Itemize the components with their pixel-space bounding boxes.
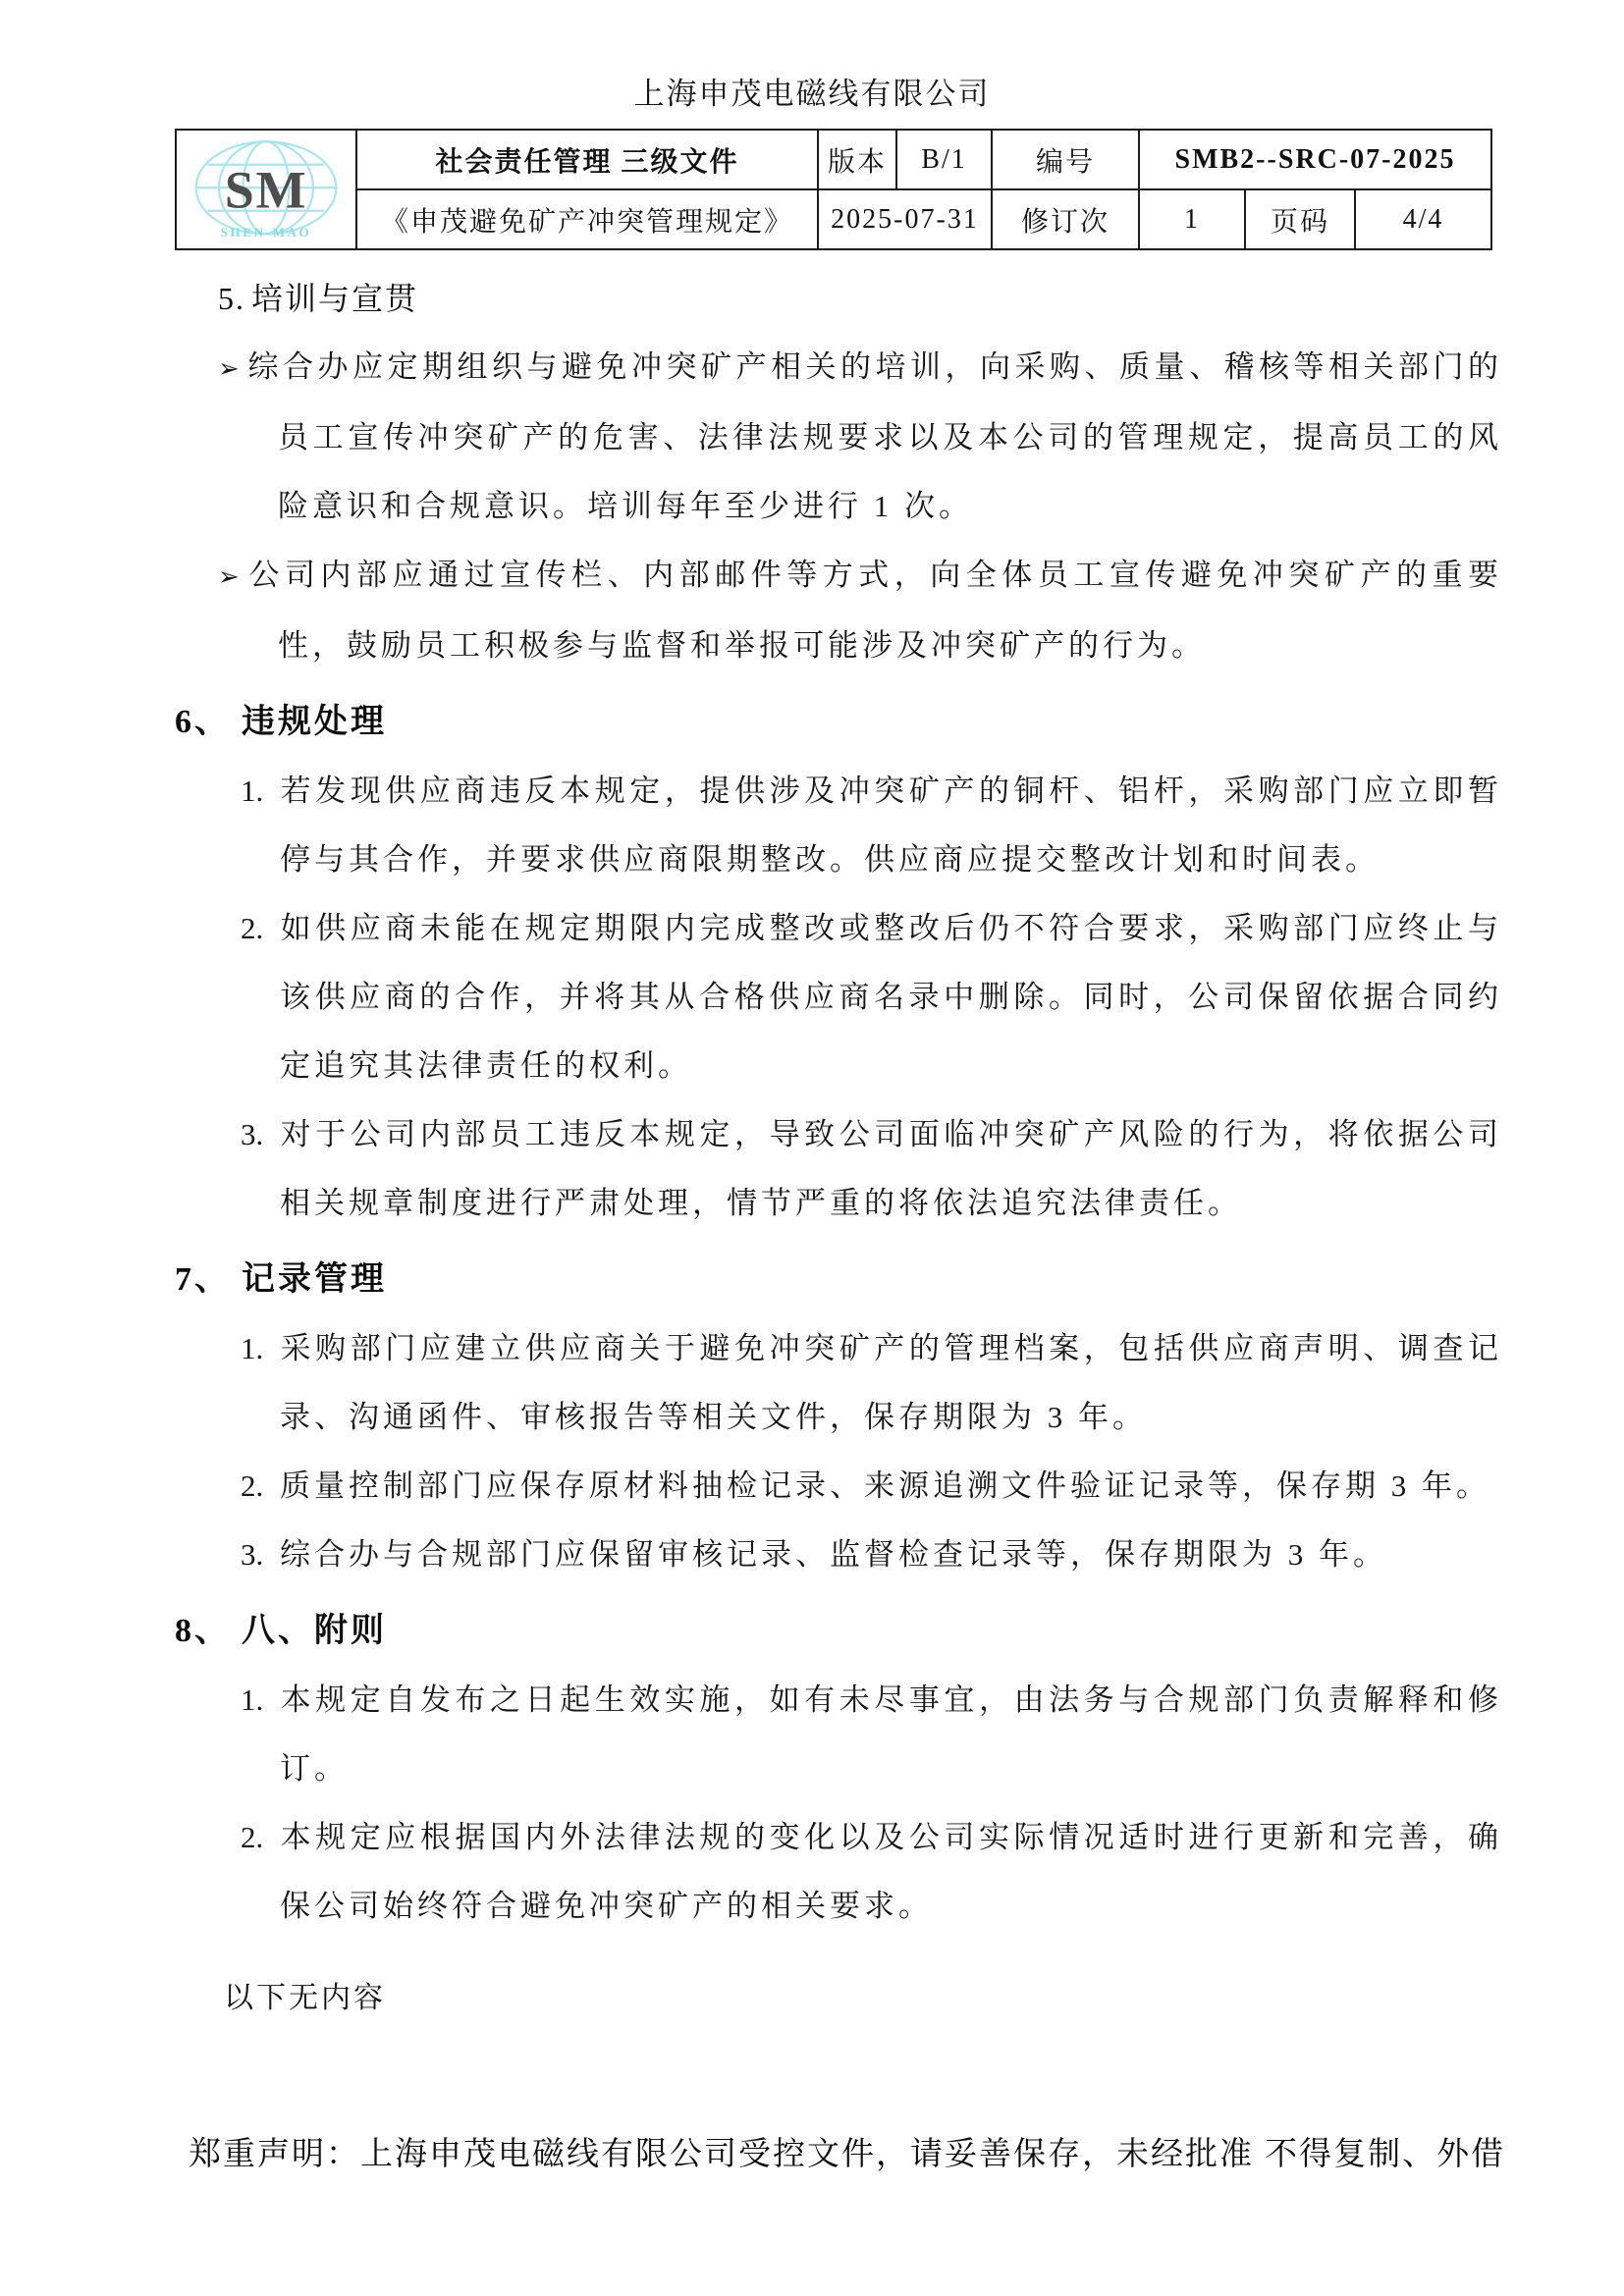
- item-text: 本规定自发布之日起生效实施，如有未尽事宜，由法务与合规部门负责解释和修订。: [280, 1682, 1502, 1786]
- item-text: 采购部门应建立供应商关于避免冲突矿产的管理档案，包括供应商声明、调查记录、沟通函…: [280, 1331, 1502, 1434]
- item-text: 综合办应定期组织与避免冲突矿产相关的培训，向采购、质量、稽核等相关部门的员工宣传…: [247, 349, 1502, 523]
- section-heading: 6、违规处理: [175, 688, 1502, 757]
- page-label: 页码: [1245, 189, 1355, 249]
- arrow-bullet-icon: ➢: [218, 543, 247, 612]
- logo-subtext: SHEN-MAO: [221, 225, 312, 240]
- item-number: 3.: [241, 1100, 280, 1169]
- item-text: 对于公司内部员工违反本规定，导致公司面临冲突矿产风险的行为，将依据公司相关规章制…: [280, 1117, 1502, 1220]
- list-item: ➢公司内部应通过宣传栏、内部邮件等方式，向全体员工宣传避免冲突矿产的重要性，鼓励…: [175, 541, 1502, 680]
- item-number: 3.: [241, 1521, 280, 1589]
- date-value: 2025-07-31: [818, 189, 992, 249]
- code-value: SMB2--SRC-07-2025: [1139, 130, 1491, 189]
- item-text: 质量控制部门应保存原材料抽检记录、来源追溯文件验证记录等，保存期 3 年。: [280, 1468, 1490, 1503]
- list-item: ➢综合办应定期组织与避免冲突矿产相关的培训，向采购、质量、稽核等相关部门的员工宣…: [175, 333, 1502, 541]
- page-value: 4/4: [1355, 189, 1491, 249]
- company-logo-icon: SM SHEN-MAO: [189, 136, 344, 242]
- heading-text: 违规处理: [242, 704, 387, 740]
- section-heading: 5.培训与宣贯: [175, 264, 1502, 333]
- list-item: 2.本规定应根据国内外法律法规的变化以及公司实际情况适时进行更新和完善，确保公司…: [175, 1803, 1502, 1941]
- list-item: 3.综合办与合规部门应保留审核记录、监督检查记录等，保存期限为 3 年。: [175, 1521, 1502, 1589]
- no-content-note: 以下无内容: [175, 1964, 1502, 2033]
- heading-number: 5.: [218, 264, 251, 333]
- heading-text: 记录管理: [242, 1261, 387, 1298]
- version-label: 版本: [818, 130, 896, 189]
- list-item: 2.质量控制部门应保存原材料抽检记录、来源追溯文件验证记录等，保存期 3 年。: [175, 1452, 1502, 1521]
- item-number: 1.: [241, 1666, 280, 1735]
- heading-text: 培训与宣贯: [251, 281, 418, 316]
- doc-title: 《申茂避免矿产冲突管理规定》: [356, 189, 818, 249]
- item-text: 如供应商未能在规定期限内完成整改或整改后仍不符合要求，采购部门应终止与该供应商的…: [280, 911, 1502, 1083]
- version-value: B/1: [896, 130, 992, 189]
- section-record-management: 7、记录管理 1.采购部门应建立供应商关于避免冲突矿产的管理档案，包括供应商声明…: [175, 1246, 1502, 1589]
- company-title: 上海申茂电磁线有限公司: [0, 0, 1624, 113]
- item-number: 1.: [241, 1314, 280, 1383]
- item-number: 2.: [241, 894, 280, 963]
- document-body: 5.培训与宣贯 ➢综合办应定期组织与避免冲突矿产相关的培训，向采购、质量、稽核等…: [175, 264, 1502, 2033]
- item-text: 公司内部应通过宣传栏、内部邮件等方式，向全体员工宣传避免冲突矿产的重要性，鼓励员…: [247, 558, 1502, 663]
- controlled-document-declaration: 郑重声明：上海申茂电磁线有限公司受控文件，请妥善保存，未经批准 不得复制、外借: [189, 2128, 1504, 2174]
- logo-cell: SM SHEN-MAO: [176, 130, 356, 249]
- section-training: 5.培训与宣贯 ➢综合办应定期组织与避免冲突矿产相关的培训，向采购、质量、稽核等…: [175, 264, 1502, 680]
- code-label: 编号: [992, 130, 1139, 189]
- item-text: 综合办与合规部门应保留审核记录、监督检查记录等，保存期限为 3 年。: [280, 1537, 1387, 1572]
- item-number: 1.: [241, 757, 280, 826]
- heading-number: 8、: [175, 1597, 242, 1666]
- section-violation-handling: 6、违规处理 1.若发现供应商违反本规定，提供涉及冲突矿产的铜杆、铝杆，采购部门…: [175, 688, 1502, 1238]
- item-number: 2.: [241, 1452, 280, 1521]
- list-item: 1.采购部门应建立供应商关于避免冲突矿产的管理档案，包括供应商声明、调查记录、沟…: [175, 1314, 1502, 1452]
- revision-value: 1: [1139, 189, 1245, 249]
- list-item: 3.对于公司内部员工违反本规定，导致公司面临冲突矿产风险的行为，将依据公司相关规…: [175, 1100, 1502, 1238]
- item-text: 本规定应根据国内外法律法规的变化以及公司实际情况适时进行更新和完善，确保公司始终…: [280, 1820, 1502, 1923]
- heading-number: 7、: [175, 1246, 242, 1314]
- section-heading: 8、八、附则: [175, 1597, 1502, 1666]
- arrow-bullet-icon: ➢: [218, 335, 247, 403]
- doc-type: 社会责任管理 三级文件: [356, 130, 818, 189]
- item-number: 2.: [241, 1803, 280, 1872]
- heading-number: 6、: [175, 688, 242, 757]
- revision-label: 修订次: [992, 189, 1139, 249]
- list-item: 1.本规定自发布之日起生效实施，如有未尽事宜，由法务与合规部门负责解释和修订。: [175, 1666, 1502, 1803]
- item-text: 若发现供应商违反本规定，提供涉及冲突矿产的铜杆、铝杆，采购部门应立即暂停与其合作…: [280, 774, 1502, 877]
- header-table: SM SHEN-MAO 社会责任管理 三级文件 版本 B/1 编号 SMB2--…: [175, 129, 1492, 250]
- list-item: 1.若发现供应商违反本规定，提供涉及冲突矿产的铜杆、铝杆，采购部门应立即暂停与其…: [175, 757, 1502, 894]
- section-heading: 7、记录管理: [175, 1246, 1502, 1314]
- logo-sm-text: SM: [225, 160, 307, 219]
- section-supplementary: 8、八、附则 1.本规定自发布之日起生效实施，如有未尽事宜，由法务与合规部门负责…: [175, 1597, 1502, 1941]
- list-item: 2.如供应商未能在规定期限内完成整改或整改后仍不符合要求，采购部门应终止与该供应…: [175, 894, 1502, 1100]
- document-page: 上海申茂电磁线有限公司 SM SHEN-MAO: [0, 0, 1624, 2296]
- heading-text: 八、附则: [242, 1613, 387, 1649]
